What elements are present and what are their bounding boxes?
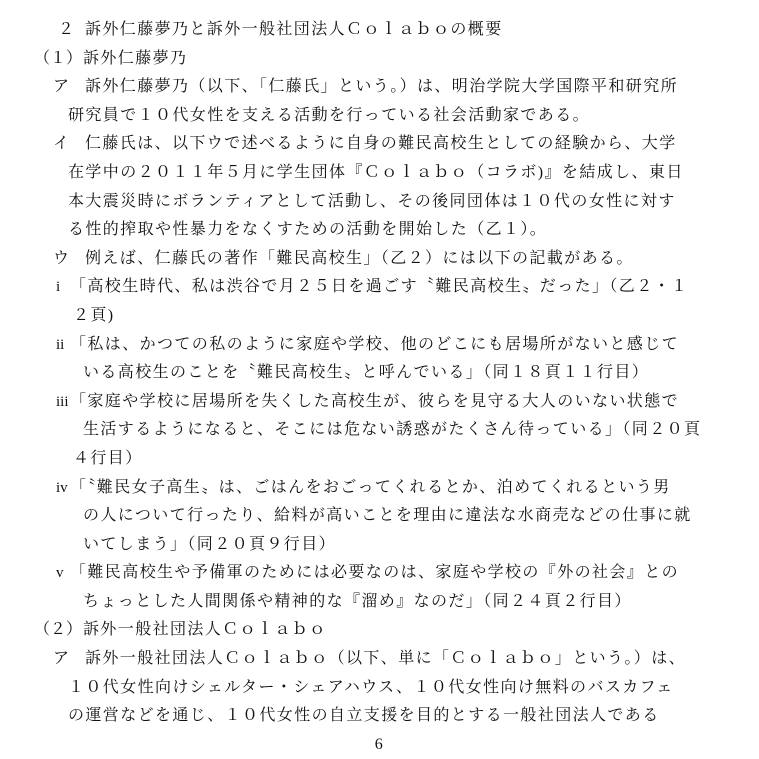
citation-line: ２頁)	[0, 302, 759, 331]
page-number: 6	[0, 731, 759, 759]
body-line: 本大震災時にボランティアとして活動し、その後同団体は１０代の女性に対す	[0, 188, 759, 217]
item-marker: ウ	[53, 245, 85, 274]
quote-line: いてしまう」（同２０頁９行目）	[0, 531, 759, 560]
body-line: １０代女性向けシェルター・シェアハウス、１０代女性向け無料のバスカフェ	[0, 674, 759, 703]
quote-text: 「家庭や学校に居場所を失くした高校生が、彼らを見守る大人のいない状態で	[70, 393, 679, 410]
quote-text: ちょっとした人間関係や精神的な『溜め』なのだ」（同２４頁２行目）	[83, 593, 632, 610]
body-line: 研究員で１０代女性を支える活動を行っている社会活動家である。	[0, 102, 759, 131]
body-text: 仁藤氏は、以下ウで述べるように自身の難民高校生としての経験から、大学	[85, 135, 677, 152]
item-u-line: ウ例えば、仁藤氏の著作「難民高校生」（乙２）には以下の記載がある。	[0, 245, 759, 274]
body-text: の運営などを通じ、１０代女性の自立支援を目的とする一般社団法人である	[68, 707, 660, 724]
roman-numeral: iii	[56, 388, 70, 417]
quote-text: 「〝難民女子高生〟は、ごはんをおごってくれるとか、泊めてくれるという男	[70, 479, 671, 496]
body-text: １０代女性向けシェルター・シェアハウス、１０代女性向け無料のバスカフェ	[68, 679, 674, 696]
quote-item-2: ii「私は、かつての私のように家庭や学校、他のどこにも居場所がないと感じて	[0, 331, 759, 360]
item-i-line: イ仁藤氏は、以下ウで述べるように自身の難民高校生としての経験から、大学	[0, 130, 759, 159]
body-text: 訴外一般社団法人Ｃｏｌａｂｏ（以下、単に「Ｃｏｌａｂｏ」という。）は、	[85, 650, 686, 667]
heading-text: 訴外仁藤夢乃	[83, 50, 187, 67]
quote-text: 生活するようになると、そこには危ない誘惑がたくさん待っている」（同２０頁	[83, 421, 701, 438]
body-text: 訴外仁藤夢乃（以下、「仁藤氏」という。）は、明治学院大学国際平和研究所	[85, 78, 678, 95]
item-marker: ア	[53, 73, 85, 102]
quote-text: ２頁)	[73, 307, 115, 324]
body-text: 本大震災時にボランティアとして活動し、その後同団体は１０代の女性に対す	[68, 193, 676, 210]
item-marker: イ	[53, 130, 85, 159]
quote-text: 「高校生時代、私は渋谷で月２５日を過ごす〝難民高校生〟だった」（乙２・１	[70, 278, 688, 295]
heading-subsection-1: （１）訴外仁藤夢乃	[0, 45, 759, 74]
quote-text: ４行目）	[73, 450, 143, 467]
quote-item-3: iii「家庭や学校に居場所を失くした高校生が、彼らを見守る大人のいない状態で	[0, 388, 759, 417]
section-number: ２	[58, 16, 85, 45]
body-line: の運営などを通じ、１０代女性の自立支援を目的とする一般社団法人である	[0, 702, 759, 731]
quote-line: 生活するようになると、そこには危ない誘惑がたくさん待っている」（同２０頁	[0, 416, 759, 445]
page-number-text: 6	[375, 736, 384, 753]
citation-line: ４行目）	[0, 445, 759, 474]
quote-text: いてしまう」（同２０頁９行目）	[83, 536, 336, 553]
item-marker: ア	[53, 645, 85, 674]
body-text: 例えば、仁藤氏の著作「難民高校生」（乙２）には以下の記載がある。	[85, 250, 634, 267]
quote-text: 「私は、かつての私のように家庭や学校、他のどこにも居場所がないと感じて	[70, 336, 679, 353]
quote-item-1: i「高校生時代、私は渋谷で月２５日を過ごす〝難民高校生〟だった」（乙２・１	[0, 273, 759, 302]
body-line: 在学中の２０１１年５月に学生団体『Ｃｏｌａｂｏ（コラボ)』を結成し、東日	[0, 159, 759, 188]
item-a-line: ア訴外仁藤夢乃（以下、「仁藤氏」という。）は、明治学院大学国際平和研究所	[0, 73, 759, 102]
quote-item-5: v「難民高校生や予備軍のためには必要なのは、家庭や学校の『外の社会』との	[0, 559, 759, 588]
body-line: る性的搾取や性暴力をなくすための活動を開始した（乙１）。	[0, 216, 759, 245]
heading-subsection-2: （２）訴外一般社団法人Ｃｏｌａｂｏ	[0, 616, 759, 645]
document-page: ２訴外仁藤夢乃と訴外一般社団法人Ｃｏｌａｂｏの概要 （１）訴外仁藤夢乃 ア訴外仁…	[0, 0, 759, 759]
subsection-number: （１）	[34, 45, 83, 74]
heading-text: 訴外一般社団法人Ｃｏｌａｂｏ	[83, 621, 327, 638]
quote-line: ちょっとした人間関係や精神的な『溜め』なのだ」（同２４頁２行目）	[0, 588, 759, 617]
heading-section-2: ２訴外仁藤夢乃と訴外一般社団法人Ｃｏｌａｂｏの概要	[0, 16, 759, 45]
quote-text: いる高校生のことを〝難民高校生〟と呼んでいる」（同１８頁１１行目）	[83, 364, 649, 381]
quote-line: いる高校生のことを〝難民高校生〟と呼んでいる」（同１８頁１１行目）	[0, 359, 759, 388]
roman-numeral: v	[56, 559, 70, 588]
heading-text: 訴外仁藤夢乃と訴外一般社団法人Ｃｏｌａｂｏの概要	[85, 21, 503, 38]
body-text: る性的搾取や性暴力をなくすための活動を開始した（乙１）。	[68, 221, 547, 238]
roman-numeral: ii	[56, 331, 70, 360]
subsection-number: （２）	[34, 616, 83, 645]
quote-text: の人について行ったり、給料が高いことを理由に違法な水商売などの仕事に就	[83, 507, 692, 524]
body-text: 在学中の２０１１年５月に学生団体『Ｃｏｌａｂｏ（コラボ)』を結成し、東日	[68, 164, 684, 181]
body-text: 研究員で１０代女性を支える活動を行っている社会活動家である。	[68, 107, 590, 124]
roman-numeral: iv	[56, 474, 70, 503]
quote-item-4: iv「〝難民女子高生〟は、ごはんをおごってくれるとか、泊めてくれるという男	[0, 474, 759, 503]
item-a2-line: ア訴外一般社団法人Ｃｏｌａｂｏ（以下、単に「Ｃｏｌａｂｏ」という。）は、	[0, 645, 759, 674]
quote-text: 「難民高校生や予備軍のためには必要なのは、家庭や学校の『外の社会』との	[70, 564, 679, 581]
quote-line: の人について行ったり、給料が高いことを理由に違法な水商売などの仕事に就	[0, 502, 759, 531]
roman-numeral: i	[56, 273, 70, 302]
